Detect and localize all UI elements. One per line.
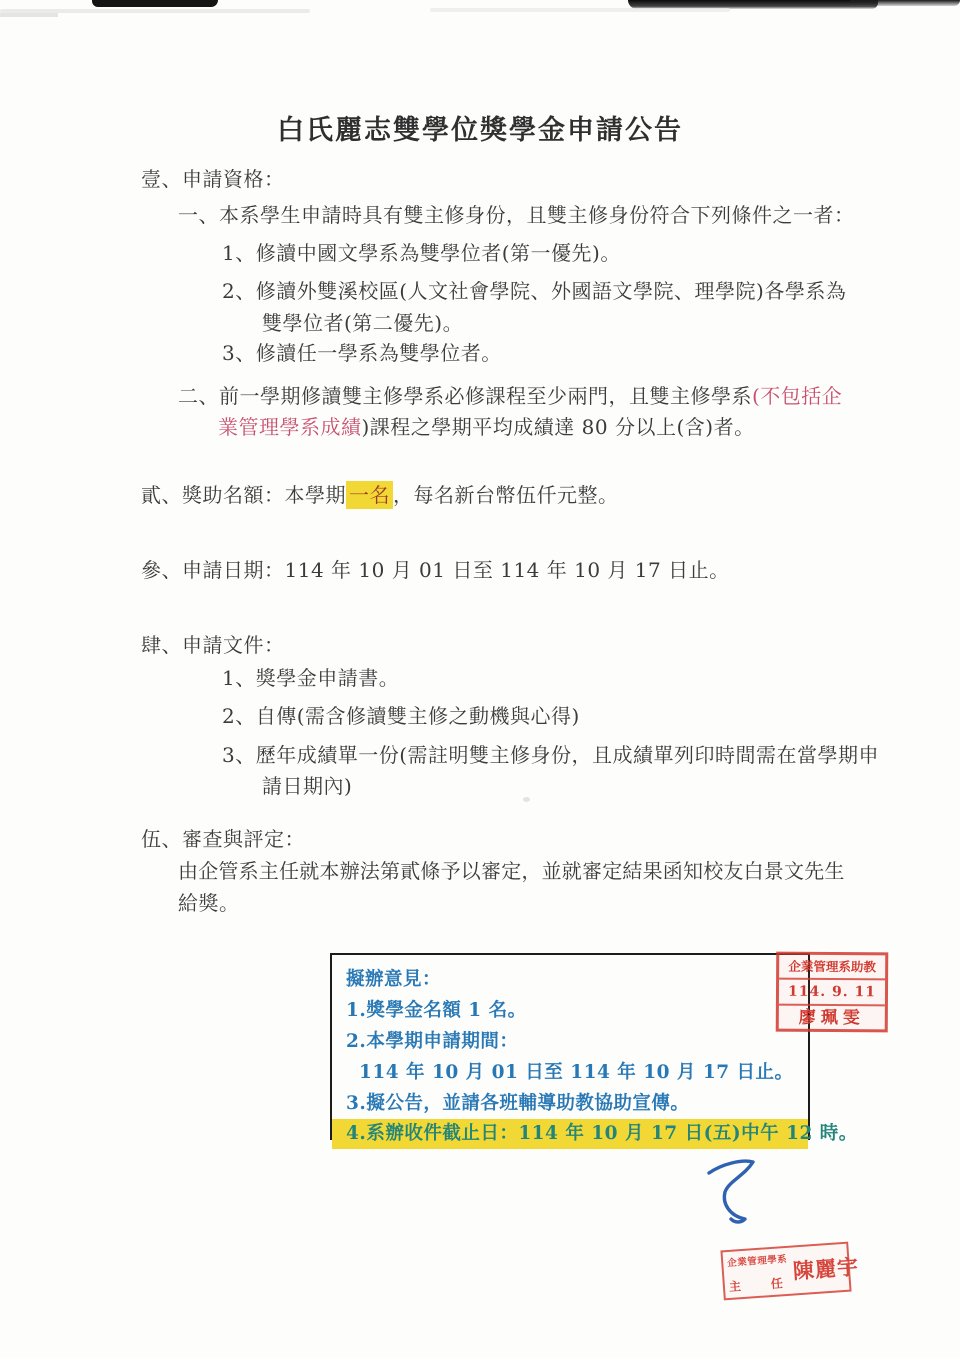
section-4-subitem-3-line-2: 請日期內): [262, 770, 352, 799]
section-5-body-line-2: 給獎。: [178, 887, 240, 916]
item-2-red-text: (不包括企: [752, 384, 842, 408]
section-5-heading: 伍、審查與評定：: [141, 823, 305, 852]
scanned-document-page: 白氏麗志雙學位獎學金申請公告 壹、申請資格： 一、本系學生申請時具有雙主修身份，…: [0, 0, 960, 1358]
memo-line-4: 3.擬公告，並請各班輔導助教協助宣傳。: [346, 1088, 794, 1119]
chair-stamp-left-column: 企業管理學系 主 任: [727, 1251, 793, 1295]
section-1-subitem-1: 1、修讀中國文學系為雙學位者(第一優先)。: [222, 237, 621, 266]
section-2-suffix: ，每名新台幣伍仟元整。: [393, 483, 619, 507]
chair-stamp-dept: 企業管理學系: [727, 1251, 791, 1269]
section-4-heading: 肆、申請文件：: [141, 629, 285, 658]
section-1-item-1: 一、本系學生申請時具有雙主修身份，且雙主修身份符合下列條件之一者：: [178, 199, 855, 228]
section-3-line: 參、申請日期：114 年 10 月 01 日至 114 年 10 月 17 日止…: [141, 554, 730, 583]
scan-artifact: [430, 8, 730, 12]
memo-line-5-highlighted: 4.系辦收件截止日：114 年 10 月 17 日(五)中午 12 時。: [332, 1119, 808, 1149]
section-1-subitem-2-line-1: 2、修讀外雙溪校區(人文社會學院、外國語文學院、理學院)各學系為: [222, 275, 846, 304]
handwritten-pen-mark: [702, 1152, 766, 1226]
section-4-subitem-2: 2、自傳(需含修讀雙主修之動機與心得): [222, 700, 580, 729]
item-2-black-text-continued: )課程之學期平均成績達 80 分以上(含)者。: [362, 415, 755, 439]
memo-box-content: 擬辦意見： 1.獎學金名額 1 名。 2.本學期申請期間： 114 年 10 月…: [332, 955, 808, 1149]
assistant-stamp-dept: 企業管理系助教: [779, 955, 885, 981]
chair-stamp: 企業管理學系 主 任 陳麗宇: [720, 1242, 851, 1301]
memo-title: 擬辦意見：: [346, 964, 794, 995]
chair-stamp-title: 主 任: [728, 1274, 792, 1295]
document-title: 白氏麗志雙學位獎學金申請公告: [277, 108, 683, 147]
scan-artifact: [0, 13, 58, 17]
section-2-prefix: 貳、獎助名額：本學期: [141, 483, 346, 507]
item-2-red-text-continued: 業管理學系成績: [218, 415, 362, 439]
scan-artifact: [850, 0, 960, 6]
section-5-body-line-1: 由企管系主任就本辦法第貳條予以審定，並就審定結果函知校友白景文先生: [178, 855, 845, 884]
assistant-stamp-date: 114. 9. 11: [779, 980, 885, 1007]
section-1-item-2-line-1: 二、前一學期修讀雙主修學系必修課程至少兩門，且雙主修學系(不包括企: [178, 380, 842, 409]
chair-stamp-name: 陳麗宇: [792, 1251, 860, 1286]
assistant-stamp: 企業管理系助教 114. 9. 11 廖珮雯: [776, 952, 889, 1033]
memo-line-3: 114 年 10 月 01 日至 114 年 10 月 17 日止。: [346, 1057, 794, 1088]
section-1-subitem-3: 3、修讀任一學系為雙學位者。: [222, 337, 502, 366]
memo-line-2: 2.本學期申請期間：: [346, 1026, 794, 1057]
section-4-subitem-1: 1、獎學金申請書。: [222, 662, 399, 691]
highlighted-quota: 一名: [346, 481, 393, 509]
scan-artifact: [523, 797, 530, 802]
section-1-heading: 壹、申請資格：: [141, 163, 285, 192]
assistant-stamp-name: 廖珮雯: [779, 1006, 885, 1032]
scan-artifact: [92, 0, 218, 7]
section-4-subitem-3-line-1: 3、歷年成績單一份(需註明雙主修身份，且成績單列印時間需在當學期申: [222, 739, 879, 768]
section-1-subitem-2-line-2: 雙學位者(第二優先)。: [262, 307, 463, 336]
memo-box: 擬辦意見： 1.獎學金名額 1 名。 2.本學期申請期間： 114 年 10 月…: [330, 953, 810, 1140]
item-2-black-text: 二、前一學期修讀雙主修學系必修課程至少兩門，且雙主修學系: [178, 384, 752, 408]
memo-line-1: 1.獎學金名額 1 名。: [346, 995, 794, 1026]
section-1-item-2-line-2: 業管理學系成績)課程之學期平均成績達 80 分以上(含)者。: [218, 411, 755, 440]
section-2-line: 貳、獎助名額：本學期一名，每名新台幣伍仟元整。: [141, 479, 619, 508]
